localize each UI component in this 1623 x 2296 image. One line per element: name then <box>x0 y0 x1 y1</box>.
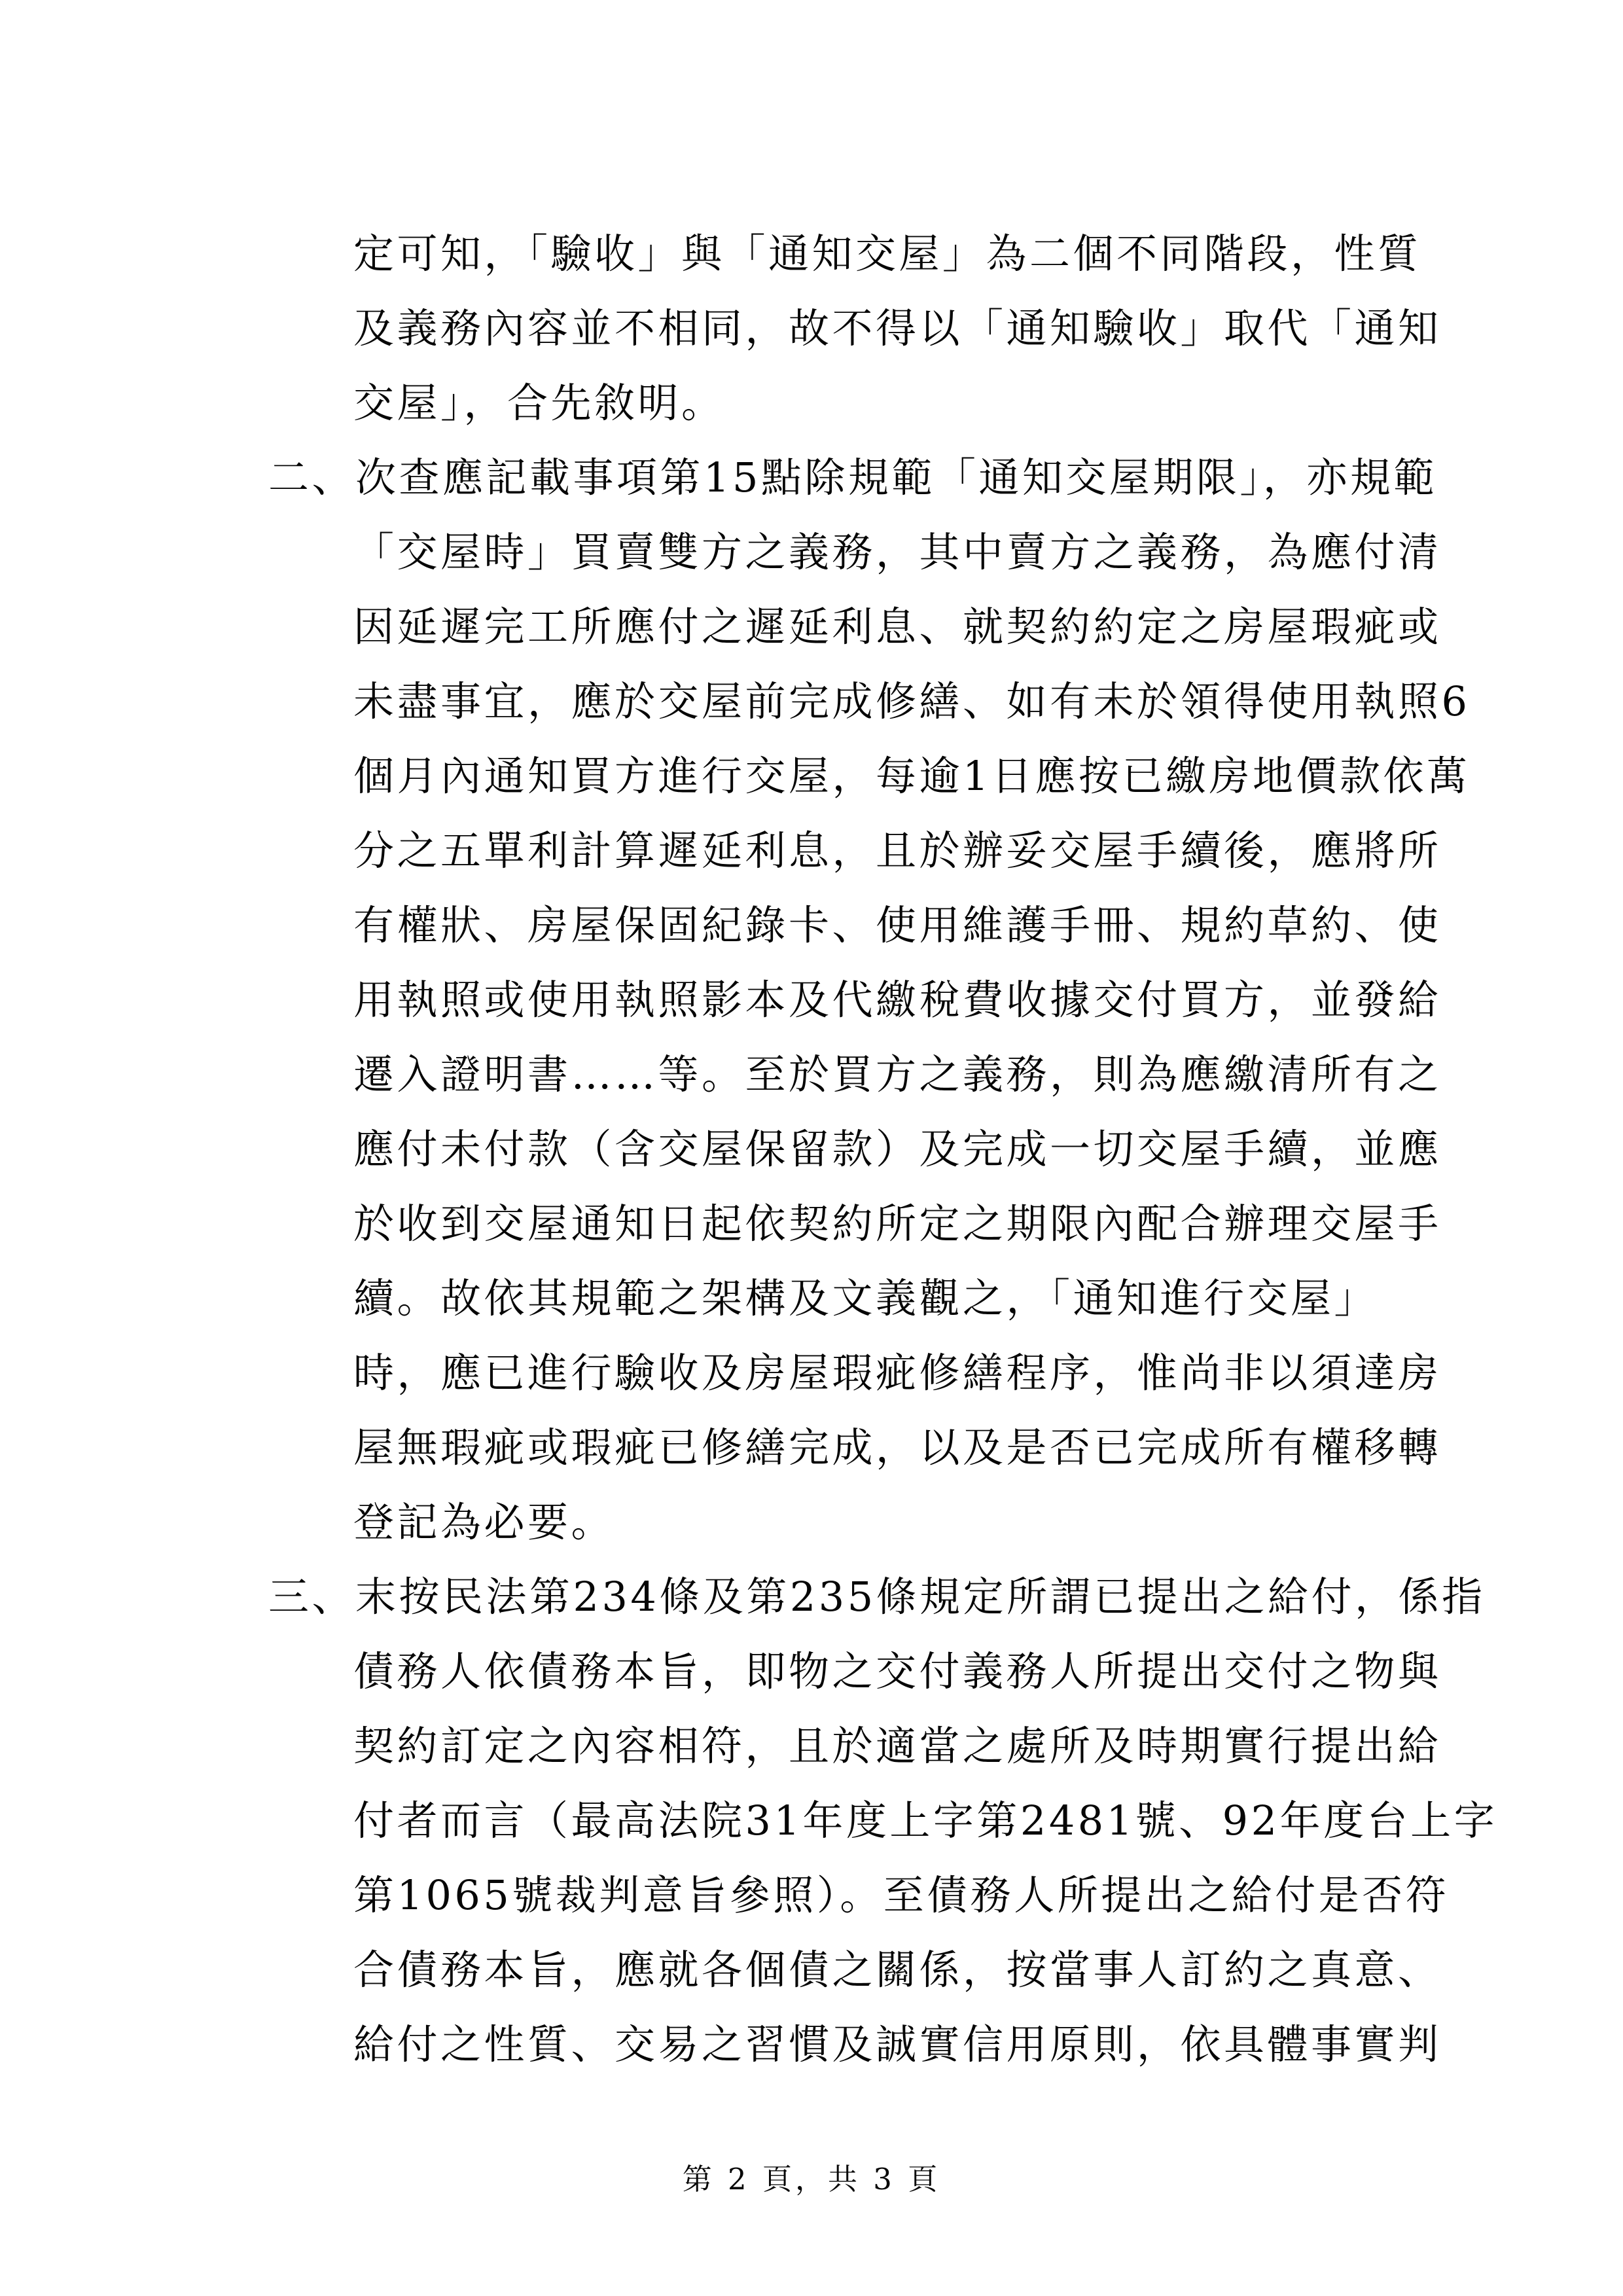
list-item-3-start: 三、末按民法第234條及第235條規定所謂已提出之給付，係指 <box>0 1560 1623 1634</box>
text-line: 契約訂定之內容相符，且於適當之處所及時期實行提出給 <box>0 1709 1623 1784</box>
text-line: 付者而言（最高法院31年度上字第2481號、92年度台上字 <box>0 1784 1623 1858</box>
document-body: 定可知，「驗收」與「通知交屋」為二個不同階段，性質 及義務內容並不相同，故不得以… <box>0 217 1623 2082</box>
text-line: 因延遲完工所應付之遲延利息、就契約約定之房屋瑕疵或 <box>0 590 1623 664</box>
text-line: 合債務本旨，應就各個債之關係，按當事人訂約之真意、 <box>0 1933 1623 2007</box>
text-line: 「交屋時」買賣雙方之義務，其中賣方之義務，為應付清 <box>0 515 1623 590</box>
text-line: 應付未付款（含交屋保留款）及完成一切交屋手續，並應 <box>0 1112 1623 1187</box>
text-line: 屋無瑕疵或瑕疵已修繕完成，以及是否已完成所有權移轉 <box>0 1410 1623 1485</box>
text-line: 有權狀、房屋保固紀錄卡、使用維護手冊、規約草約、使 <box>0 888 1623 963</box>
text-line: 債務人依債務本旨，即物之交付義務人所提出交付之物與 <box>0 1634 1623 1709</box>
list-item-2-start: 二、次查應記載事項第15點除規範「通知交屋期限」，亦規範 <box>0 440 1623 515</box>
text-line: 個月內通知買方進行交屋，每逾1日應按已繳房地價款依萬 <box>0 739 1623 814</box>
page-number: 第 2 頁，共 3 頁 <box>0 2155 1623 2198</box>
text-line: 交屋」，合先敘明。 <box>0 366 1623 440</box>
text-line: 定可知，「驗收」與「通知交屋」為二個不同階段，性質 <box>0 217 1623 291</box>
text-line: 未盡事宜，應於交屋前完成修繕、如有未於領得使用執照6 <box>0 664 1623 739</box>
text-line: 給付之性質、交易之習慣及誠實信用原則，依具體事實判 <box>0 2007 1623 2082</box>
scanned-document-page: 定可知，「驗收」與「通知交屋」為二個不同階段，性質 及義務內容並不相同，故不得以… <box>0 0 1623 2296</box>
text-line: 用執照或使用執照影本及代繳稅費收據交付買方，並發給 <box>0 963 1623 1037</box>
text-line: 續。故依其規範之架構及文義觀之，「通知進行交屋」 <box>0 1261 1623 1336</box>
text-line: 第1065號裁判意旨參照）。至債務人所提出之給付是否符 <box>0 1858 1623 1933</box>
text-line: 分之五單利計算遲延利息，且於辦妥交屋手續後，應將所 <box>0 814 1623 888</box>
text-line: 及義務內容並不相同，故不得以「通知驗收」取代「通知 <box>0 291 1623 366</box>
text-line: 時，應已進行驗收及房屋瑕疵修繕程序，惟尚非以須達房 <box>0 1336 1623 1410</box>
text-line: 於收到交屋通知日起依契約所定之期限內配合辦理交屋手 <box>0 1187 1623 1261</box>
text-line: 登記為必要。 <box>0 1485 1623 1560</box>
text-line: 遷入證明書……等。至於買方之義務，則為應繳清所有之 <box>0 1037 1623 1112</box>
